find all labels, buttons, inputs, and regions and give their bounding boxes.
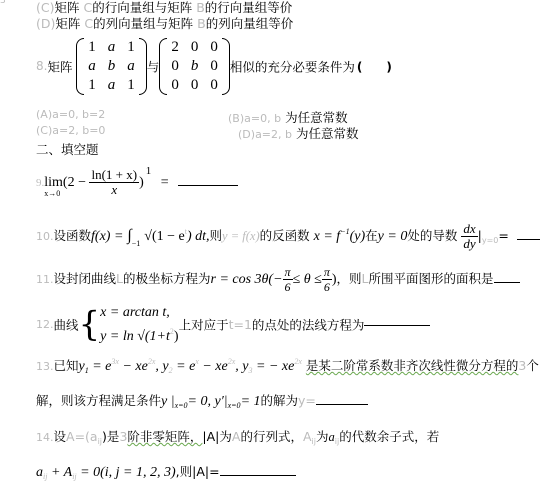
question-8: 8.矩阵 1a1 aba 1a1 与 200 0b0 000 相似的充分必要条件…	[36, 38, 392, 95]
question-text: 矩阵	[47, 60, 72, 75]
answer-blank	[316, 403, 368, 405]
question-10: 10.设函数f(x) = ∫−1 √(1 − et) dt,则y = f(x)的…	[36, 222, 540, 251]
matrix-2: 200 0b0 000	[159, 38, 230, 95]
page-fragment: 3	[0, 0, 6, 6]
option-text: 矩阵	[55, 16, 80, 31]
question-14-line-1: 14.设A=(aij)是3阶非零矩阵，|A|为A的行列式，Aij为aij的代数余…	[36, 427, 439, 446]
option-text: 的列向量组等价	[206, 16, 294, 31]
option-text: 矩阵	[54, 0, 79, 15]
var-c: C	[84, 16, 93, 31]
question-14-line-2: aij + Aij = 0(i, j = 1, 2, 3),则|A|=	[36, 462, 296, 481]
option-text: 的行向量组与矩阵	[92, 0, 192, 15]
answer-blank	[364, 324, 430, 326]
question-text: 相似的充分必要条件为	[230, 60, 355, 75]
option-label: (D)	[36, 16, 55, 31]
question-13-line-1: 13.已知y1 = e3x − xe2x, y2 = ex − xe2x, y3…	[36, 356, 539, 375]
option-text: 的行向量组等价	[205, 0, 293, 15]
answer-paren: ( )	[357, 60, 392, 74]
answer-blank	[178, 184, 238, 186]
question-11: 11.设封闭曲线L的极坐标方程为r = cos 3θ(−π6≤ θ ≤π6)，则…	[36, 265, 520, 294]
option-a: (A)a=0, b=2	[36, 108, 105, 121]
option-c: (C)a=2, b=0	[36, 124, 105, 137]
question-number: 8.	[36, 59, 47, 73]
option-label: (C)	[36, 0, 54, 15]
var-b: B	[196, 0, 205, 15]
option-d-prev: (D)矩阵 C的列向量组与矩阵 B的列向量组等价	[36, 16, 293, 32]
question-9: 9.limx→0(2 − ln(1 + x)x)1 =	[36, 166, 238, 197]
question-13-line-2: 解，则该方程满足条件y |x=0= 0, y′|x=0= 1的解为y=	[36, 391, 368, 410]
connector-text: 与	[147, 60, 160, 75]
matrix-1: 1a1 aba 1a1	[76, 38, 147, 95]
section-title: 二、填空题	[36, 140, 99, 158]
question-12: 12.曲线{ x = arctan t, y = ln √(1+t2) 上对应于…	[36, 303, 430, 346]
var-b: B	[197, 16, 206, 31]
option-text: 的列向量组与矩阵	[93, 16, 193, 31]
var-c: C	[83, 0, 92, 15]
answer-blank	[494, 281, 520, 283]
answer-blank	[220, 474, 296, 476]
option-c-prev: (C)矩阵 C的行向量组与矩阵 B的行向量组等价	[36, 0, 292, 16]
option-d: (D)a=2, b 为任意常数	[238, 124, 359, 142]
answer-blank	[517, 238, 540, 240]
